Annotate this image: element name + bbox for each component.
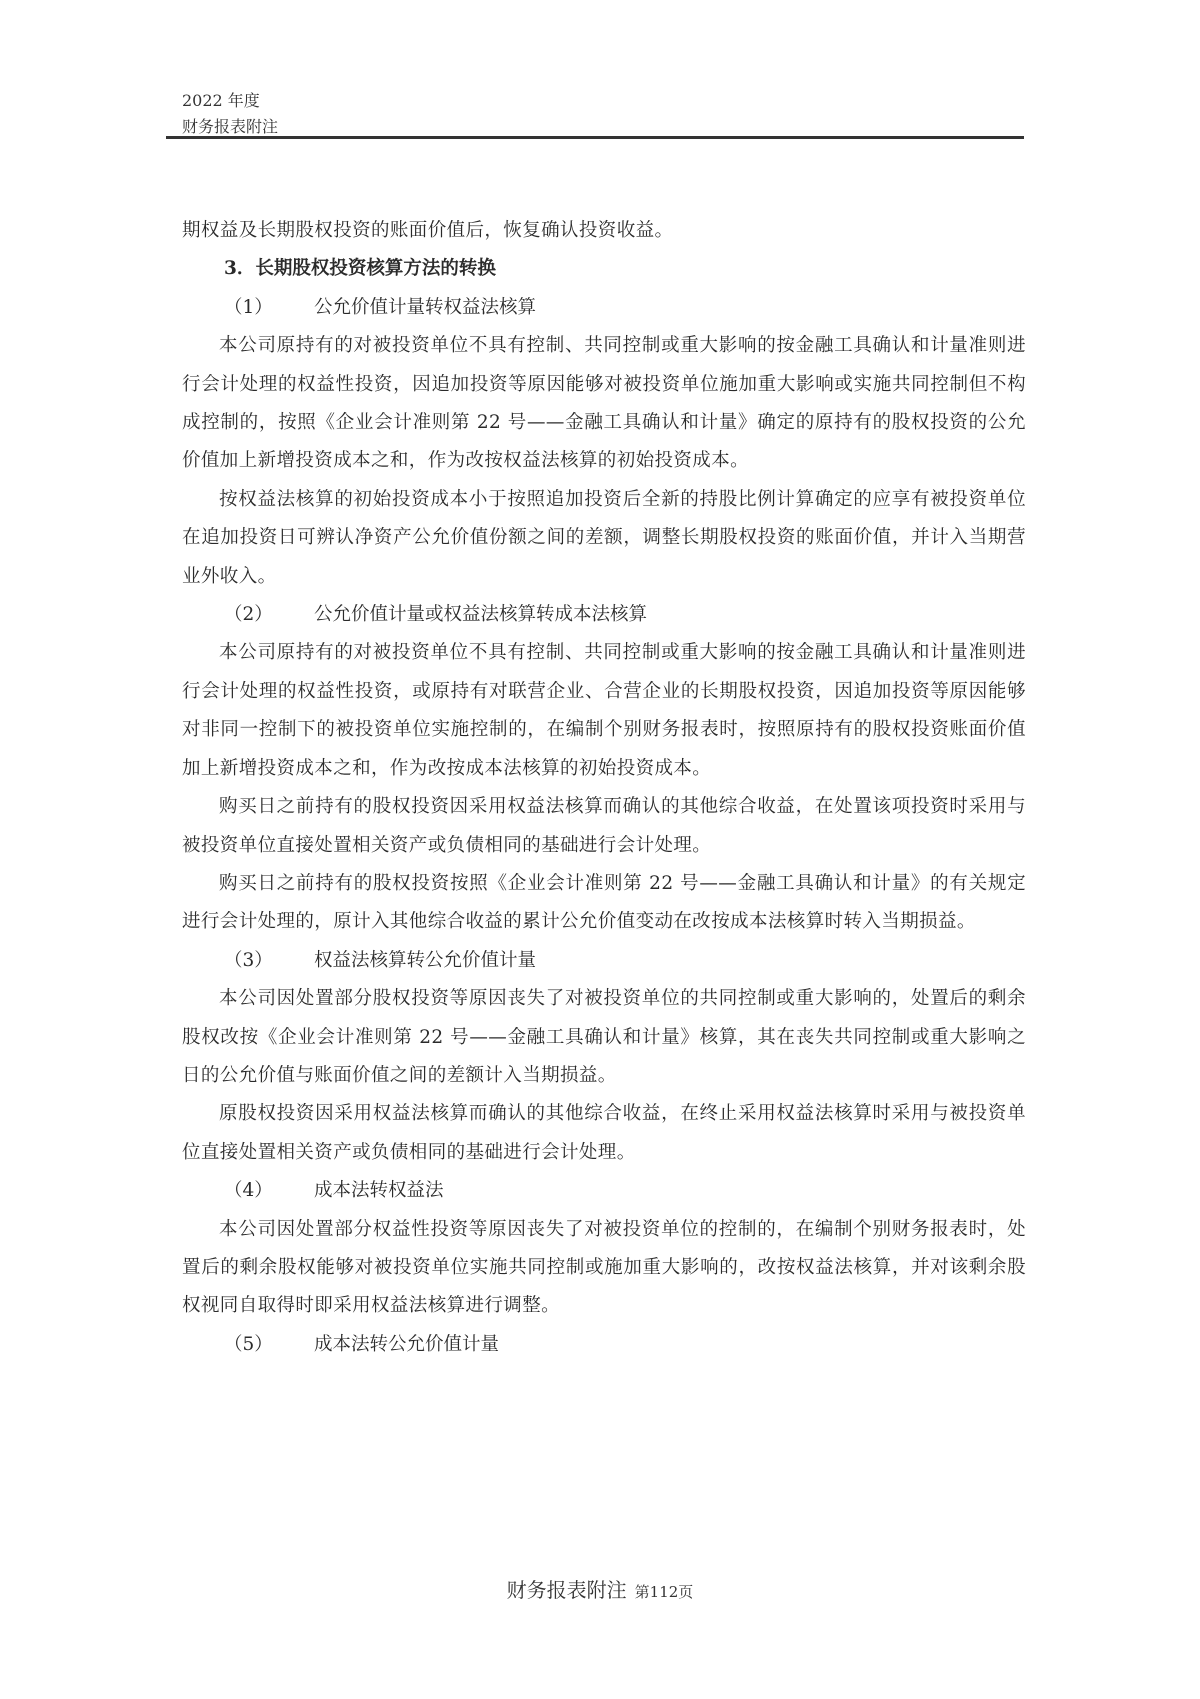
subsection-title: 公允价值计量转权益法核算 [314, 289, 536, 327]
page-number: 第112页 [635, 1583, 694, 1601]
header-year: 2022 年度 [182, 88, 1024, 114]
subsection-title: 公允价值计量或权益法核算转成本法核算 [314, 596, 647, 634]
paragraph: 原股权投资因采用权益法核算而确认的其他综合收益，在终止采用权益法核算时采用与被投… [182, 1095, 1026, 1172]
subsection-heading-4: （4） 成本法转权益法 [182, 1172, 1026, 1210]
subsection-title: 权益法核算转公允价值计量 [314, 942, 536, 980]
subsection-number: （1） [224, 289, 314, 327]
page-header: 2022 年度 财务报表附注 [182, 88, 1024, 140]
paragraph: 按权益法核算的初始投资成本小于按照追加投资后全新的持股比例计算确定的应享有被投资… [182, 481, 1026, 596]
subsection-title: 成本法转权益法 [314, 1172, 444, 1210]
paragraph: 本公司原持有的对被投资单位不具有控制、共同控制或重大影响的按金融工具确认和计量准… [182, 634, 1026, 788]
subsection-heading-3: （3） 权益法核算转公允价值计量 [182, 942, 1026, 980]
continuation-paragraph: 期权益及长期股权投资的账面价值后，恢复确认投资收益。 [182, 212, 1026, 250]
subsection-number: （2） [224, 596, 314, 634]
subsection-number: （3） [224, 942, 314, 980]
subsection-heading-5: （5） 成本法转公允价值计量 [182, 1326, 1026, 1364]
paragraph: 购买日之前持有的股权投资按照《企业会计准则第 22 号——金融工具确认和计量》的… [182, 865, 1026, 942]
footer-title: 财务报表附注 [507, 1578, 627, 1602]
subsection-title: 成本法转公允价值计量 [314, 1326, 499, 1364]
paragraph: 本公司原持有的对被投资单位不具有控制、共同控制或重大影响的按金融工具确认和计量准… [182, 327, 1026, 481]
paragraph: 本公司因处置部分股权投资等原因丧失了对被投资单位的共同控制或重大影响的，处置后的… [182, 980, 1026, 1095]
paragraph: 本公司因处置部分权益性投资等原因丧失了对被投资单位的控制的，在编制个别财务报表时… [182, 1211, 1026, 1326]
section-heading: 3．长期股权投资核算方法的转换 [182, 250, 1026, 288]
header-divider [166, 136, 1024, 139]
page-footer: 财务报表附注第112页 [0, 1574, 1200, 1603]
paragraph: 购买日之前持有的股权投资因采用权益法核算而确认的其他综合收益，在处置该项投资时采… [182, 788, 1026, 865]
subsection-number: （5） [224, 1326, 314, 1364]
subsection-heading-2: （2） 公允价值计量或权益法核算转成本法核算 [182, 596, 1026, 634]
document-body: 期权益及长期股权投资的账面价值后，恢复确认投资收益。 3．长期股权投资核算方法的… [182, 212, 1026, 1364]
subsection-heading-1: （1） 公允价值计量转权益法核算 [182, 289, 1026, 327]
subsection-number: （4） [224, 1172, 314, 1210]
